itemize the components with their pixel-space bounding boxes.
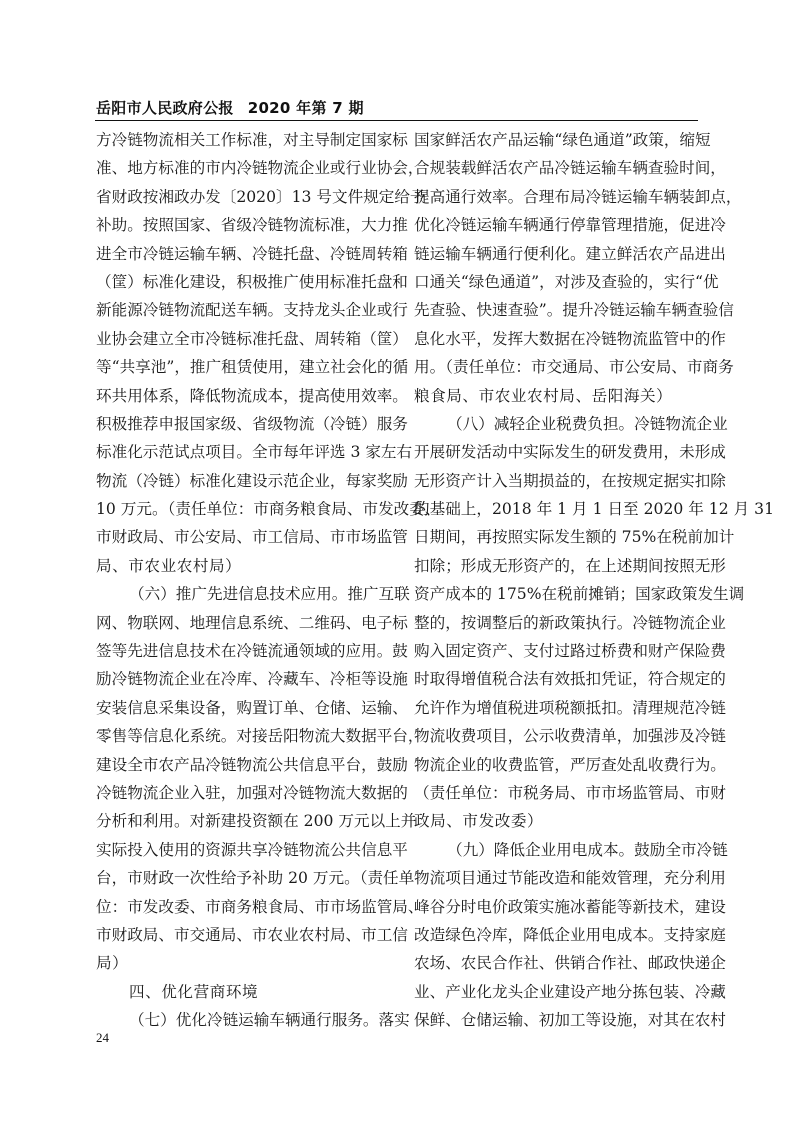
text-line: 市财政局、市公安局、市工信局、市市场监管 — [96, 523, 382, 551]
text-line: 时取得增值税合法有效抵扣凭证，符合规定的 — [414, 665, 700, 693]
text-line: 业、产业化龙头企业建设产地分拣包装、冷藏 — [414, 978, 700, 1006]
text-line: 准、地方标准的市内冷链物流企业或行业协会， — [96, 154, 382, 182]
text-line: 新能源冷链物流配送车辆。支持龙头企业或行 — [96, 296, 382, 324]
text-line: 用。（责任单位：市交通局、市公安局、市商务 — [414, 353, 700, 381]
publication-title: 岳阳市人民政府公报 — [96, 99, 234, 117]
text-line: 10 万元。（责任单位：市商务粮食局、市发改委、 — [96, 495, 382, 523]
paragraph-start-line: （六）推广先进信息技术应用。推广互联 — [96, 580, 382, 608]
text-line: 台，市财政一次性给予补助 20 万元。（责任单 — [96, 864, 382, 892]
text-line: 网、物联网、地理信息系统、二维码、电子标 — [96, 609, 382, 637]
text-line: 省财政按湘政办发〔2020〕13 号文件规定给予 — [96, 183, 382, 211]
text-line: 保鲜、仓储运输、初加工等设施，对其在农村 — [414, 1006, 700, 1034]
text-line: 积极推荐申报国家级、省级物流（冷链）服务 — [96, 410, 382, 438]
text-line: 市财政局、市交通局、市农业农村局、市工信 — [96, 921, 382, 949]
left-column: 方冷链物流相关工作标准，对主导制定国家标准、地方标准的市内冷链物流企业或行业协会… — [96, 126, 382, 1035]
text-line: 实际投入使用的资源共享冷链物流公共信息平 — [96, 836, 382, 864]
text-line: 分析和利用。对新建投资额在 200 万元以上并 — [96, 807, 382, 835]
text-line: 合规装载鲜活农产品冷链运输车辆查验时间， — [414, 154, 700, 182]
text-line: 励冷链物流企业在冷库、冷藏车、冷柜等设施 — [96, 665, 382, 693]
text-line: 的基础上，2018 年 1 月 1 日至 2020 年 12 月 31 — [414, 495, 700, 523]
page-number: 24 — [96, 1030, 109, 1046]
issue-number: 2020 年第 7 期 — [248, 99, 364, 117]
paragraph-start-line: （八）减轻企业税费负担。冷链物流企业 — [414, 410, 700, 438]
text-line: 业协会建立全市冷链标准托盘、周转箱（筐） — [96, 325, 382, 353]
paragraph-start-line: 四、优化营商环境 — [96, 978, 382, 1006]
text-line: 资产成本的 175%在税前摊销；国家政策发生调 — [414, 580, 700, 608]
text-line: 链运输车辆通行便利化。建立鲜活农产品进出 — [414, 240, 700, 268]
paragraph-start-line: （七）优化冷链运输车辆通行服务。落实 — [96, 1006, 382, 1034]
text-line: 粮食局、市农业农村局、岳阳海关） — [414, 382, 700, 410]
text-line: 峰谷分时电价政策实施冰蓄能等新技术，建设 — [414, 893, 700, 921]
text-line: 息化水平，发挥大数据在冷链物流监管中的作 — [414, 325, 700, 353]
text-line: 政局、市发改委） — [414, 807, 700, 835]
text-line: 等“共享池”，推广租赁使用，建立社会化的循 — [96, 353, 382, 381]
running-header: 岳阳市人民政府公报2020 年第 7 期 — [96, 97, 696, 118]
text-line: 购入固定资产、支付过路过桥费和财产保险费 — [414, 637, 700, 665]
text-line: 扣除；形成无形资产的，在上述期间按照无形 — [414, 552, 700, 580]
text-line: 建设全市农产品冷链物流公共信息平台，鼓励 — [96, 751, 382, 779]
text-line: 标准化示范试点项目。全市每年评选 3 家左右 — [96, 438, 382, 466]
text-line: 进全市冷链运输车辆、冷链托盘、冷链周转箱 — [96, 240, 382, 268]
text-line: 开展研发活动中实际发生的研发费用，未形成 — [414, 438, 700, 466]
text-line: 物流项目通过节能改造和能效管理，充分利用 — [414, 864, 700, 892]
text-line: 方冷链物流相关工作标准，对主导制定国家标 — [96, 126, 382, 154]
text-line: 允许作为增值税进项税额抵扣。清理规范冷链 — [414, 694, 700, 722]
text-line: 提高通行效率。合理布局冷链运输车辆装卸点， — [414, 183, 700, 211]
text-line: 物流企业的收费监管，严厉查处乱收费行为。 — [414, 751, 700, 779]
right-column: 国家鲜活农产品运输“绿色通道”政策，缩短合规装载鲜活农产品冷链运输车辆查验时间，… — [414, 126, 700, 1035]
text-line: 无形资产计入当期损益的，在按规定据实扣除 — [414, 467, 700, 495]
text-line: 农场、农民合作社、供销合作社、邮政快递企 — [414, 949, 700, 977]
text-line: （筐）标准化建设，积极推广使用标准托盘和 — [96, 268, 382, 296]
text-line: 环共用体系，降低物流成本，提高使用效率。 — [96, 382, 382, 410]
text-line: 优化冷链运输车辆通行停靠管理措施，促进冷 — [414, 211, 700, 239]
text-line: 冷链物流企业入驻，加强对冷链物流大数据的 — [96, 779, 382, 807]
text-line: 局） — [96, 949, 382, 977]
header-rule — [95, 120, 698, 121]
text-line: 补助。按照国家、省级冷链物流标准，大力推 — [96, 211, 382, 239]
text-line: 局、市农业农村局） — [96, 552, 382, 580]
text-line: 整的，按调整后的新政策执行。冷链物流企业 — [414, 609, 700, 637]
text-line: 国家鲜活农产品运输“绿色通道”政策，缩短 — [414, 126, 700, 154]
text-line: 物流收费项目，公示收费清单，加强涉及冷链 — [414, 722, 700, 750]
text-line: 改造绿色冷库，降低企业用电成本。支持家庭 — [414, 921, 700, 949]
text-line: 日期间，再按照实际发生额的 75%在税前加计 — [414, 523, 700, 551]
text-line: 位：市发改委、市商务粮食局、市市场监管局、 — [96, 893, 382, 921]
text-line: 安装信息采集设备，购置订单、仓储、运输、 — [96, 694, 382, 722]
text-line: 签等先进信息技术在冷链流通领域的应用。鼓 — [96, 637, 382, 665]
text-line: 口通关“绿色通道”，对涉及查验的，实行“优 — [414, 268, 700, 296]
text-line: 物流（冷链）标准化建设示范企业，每家奖励 — [96, 467, 382, 495]
text-line: （责任单位：市税务局、市市场监管局、市财 — [414, 779, 700, 807]
text-line: 先查验、快速查验”。提升冷链运输车辆查验信 — [414, 296, 700, 324]
paragraph-start-line: （九）降低企业用电成本。鼓励全市冷链 — [414, 836, 700, 864]
text-line: 零售等信息化系统。对接岳阳物流大数据平台， — [96, 722, 382, 750]
